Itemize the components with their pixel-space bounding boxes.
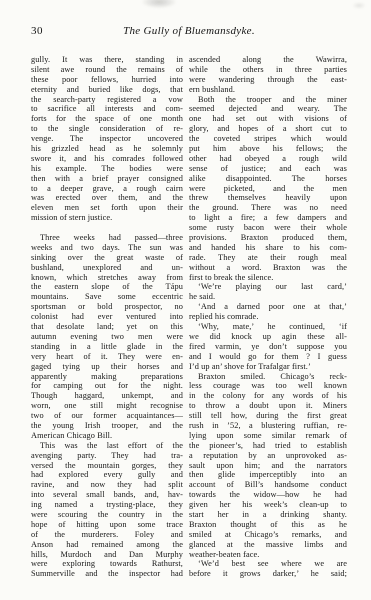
text-line: for camping out for the night.: [31, 381, 183, 391]
text-line: in the colony for any words of his: [189, 391, 347, 401]
text-line: we did knock up agin these all-: [189, 332, 347, 342]
text-line: account of Bill’s handsome conduct: [189, 480, 347, 490]
text-line: standing in a little glade in the: [31, 342, 183, 352]
text-line: then with a brief prayer consigned: [31, 174, 183, 184]
text-line: before it grows darker,’ he said;: [189, 569, 347, 579]
text-line: lying upon some similar remark of: [189, 431, 347, 441]
text-line: less courage was too well known: [189, 381, 347, 391]
scan-smudge: [352, 2, 366, 9]
text-line: autumn evening two men were: [31, 332, 183, 342]
text-line: and I would go for them ? I guess: [189, 352, 347, 362]
text-line: ing named a trysting-place, they: [31, 500, 183, 510]
text-line: were exploring towards Rathurst,: [31, 559, 183, 569]
text-line: to sacrifice all interests and com-: [31, 104, 183, 114]
text-line: some rusty bacon were their whole: [189, 223, 347, 233]
text-line: Braxton smiled. Chicago’s reck-: [189, 372, 347, 382]
text-line: eternity and buried like dogs, that: [31, 85, 183, 95]
text-line: apparently making preparations: [31, 372, 183, 382]
page-header: 30 The Gully of Bluemansdyke.: [31, 25, 347, 39]
text-line: swore it, and his comrades followed: [31, 154, 183, 164]
text-line: weather-beaten face.: [189, 550, 347, 560]
text-line: were picketed, and the men: [189, 184, 347, 194]
text-line: these poor fellows, hurried into: [31, 75, 183, 85]
text-line: rush in ’52, a blustering ruffian, re-: [189, 421, 347, 431]
text-line: other had obeyed a rough wild: [189, 154, 347, 164]
text-line: bushland, unexplored and un-: [31, 263, 183, 273]
text-line: I’d up an’ shove for Trafalgar first.’: [189, 362, 347, 372]
text-line: silent awe round the remains of: [31, 65, 183, 75]
text-line: a reputation by an unprovoked as-: [189, 451, 347, 461]
text-line: glory, and hopes of a short cut to: [189, 124, 347, 134]
text-line: the coveted stripes which would: [189, 134, 347, 144]
text-line: glanced at the massive limbs and: [189, 540, 347, 550]
text-line: versed the mountain gorges, they: [31, 461, 183, 471]
text-line: ‘We’re playing our last card,’: [189, 282, 347, 292]
text-line: ‘Why, mate,’ he continued, ‘if: [189, 322, 347, 332]
text-line: the ground. There was no need: [189, 203, 347, 213]
text-line: Braxton thought of this as he: [189, 520, 347, 530]
text-line: American Chicago Bill.: [31, 431, 183, 441]
text-line: replied his comrade.: [189, 312, 347, 322]
text-line: rade. They ate their rough meal: [189, 253, 347, 263]
text-line: first to break the silence.: [189, 273, 347, 283]
text-line: threw themselves heavily upon: [189, 193, 347, 203]
text-columns: gully. It was there, standing insilent a…: [31, 55, 347, 579]
text-line: two of our former acquaintances—: [31, 411, 183, 421]
text-line: were scouring the country in the: [31, 510, 183, 520]
text-line: seemed dejected and weary. The: [189, 104, 347, 114]
text-line: Both the trooper and the miner: [189, 95, 347, 105]
text-line: sinking over the great waste of: [31, 253, 183, 263]
text-line: hills, Murdoch and Dan Murphy: [31, 550, 183, 560]
text-line: gully. It was there, standing in: [31, 55, 183, 65]
text-line: fired varmin, ye don’t suppose you: [189, 342, 347, 352]
text-line: provisions. Braxton produced them,: [189, 233, 347, 243]
text-line: sportsman or bold prospector, no: [31, 302, 183, 312]
text-line: known, which stretches away from: [31, 273, 183, 283]
text-line: mountains. Save some eccentric: [31, 292, 183, 302]
text-line: Summerville and the inspector had: [31, 569, 183, 579]
text-line: ‘We’d best see where we are: [189, 559, 347, 569]
text-line: the young Irish trooper, and the: [31, 421, 183, 431]
text-line: Anson had remained among the: [31, 540, 183, 550]
text-line: the eastern slope of the Tápu: [31, 282, 183, 292]
text-line: the pioneer’s, had tried to establish: [189, 441, 347, 451]
text-line: and handed his share to his com-: [189, 243, 347, 253]
text-line: very heart of it. They were en-: [31, 352, 183, 362]
page-title: The Gully of Bluemansdyke.: [31, 25, 347, 37]
text-line: start her in a drinking shanty.: [189, 510, 347, 520]
text-line: venge. The inspector uncovered: [31, 134, 183, 144]
text-line: colonist had ever ventured into: [31, 312, 183, 322]
book-page: 30 The Gully of Bluemansdyke. gully. It …: [0, 0, 371, 600]
text-line: avenging party. They had tra-: [31, 451, 183, 461]
text-line: without a word. Braxton was the: [189, 263, 347, 273]
text-line: Three weeks had passed—three: [31, 233, 183, 243]
text-line: to light a fire; a few dampers and: [189, 213, 347, 223]
text-line: towards the widow—how he had: [189, 490, 347, 500]
text-line: while the others in three parties: [189, 65, 347, 75]
text-line: hope of hitting upon some trace: [31, 520, 183, 530]
text-line: eleven men set forth upon their: [31, 203, 183, 213]
text-line: to a deeper grave, a rough cairn: [31, 184, 183, 194]
text-line: that desolate land; yet on this: [31, 322, 183, 332]
text-line: weeks and two days. The sun was: [31, 243, 183, 253]
text-line: ‘And a darned poor one at that,’: [189, 302, 347, 312]
text-line: the search-party registered a vow: [31, 95, 183, 105]
text-line: worn, one still might recognise: [31, 401, 183, 411]
text-line: to throw a doubt upon it. Miners: [189, 401, 347, 411]
text-line: sault upon him; and the narrators: [189, 461, 347, 471]
text-line: sense of justice; and each was: [189, 164, 347, 174]
text-line: This was the last effort of the: [31, 441, 183, 451]
text-line: gaged tying up their horses and: [31, 362, 183, 372]
text-line: he said.: [189, 292, 347, 302]
text-line: Though haggard, unkempt, and: [31, 391, 183, 401]
text-line: had explored every gully and: [31, 470, 183, 480]
text-line: alike disappointed. The horses: [189, 174, 347, 184]
text-line: one had set out with visions of: [189, 114, 347, 124]
text-line: put him above his fellows; the: [189, 144, 347, 154]
text-line: his grizzled head as he solemnly: [31, 144, 183, 154]
text-line: ern bushland.: [189, 85, 347, 95]
text-line: was erected over them, and the: [31, 193, 183, 203]
text-line: ascended along the Wawirra,: [189, 55, 347, 65]
text-line: were wandering through the east-: [189, 75, 347, 85]
text-line: to the single consideration of re-: [31, 124, 183, 134]
text-line: forts for the space of one month: [31, 114, 183, 124]
left-column: gully. It was there, standing insilent a…: [31, 55, 183, 579]
text-line: into several small bands, and, hav-: [31, 490, 183, 500]
text-line: ravine, and now they had split: [31, 480, 183, 490]
text-line: his example. The bodies were: [31, 164, 183, 174]
text-line: still tell how, during the first great: [189, 411, 347, 421]
text-line: given her his week’s clean-up to: [189, 500, 347, 510]
right-column: ascended along the Wawirra,while the oth…: [189, 55, 347, 579]
text-line: of the murderers. Foley and: [31, 530, 183, 540]
text-line: smiled at Chicago’s remarks, and: [189, 530, 347, 540]
text-line: then glide imperceptibly into an: [189, 470, 347, 480]
text-line: mission of stern justice.: [31, 213, 183, 223]
scan-smudge: [142, 0, 176, 8]
